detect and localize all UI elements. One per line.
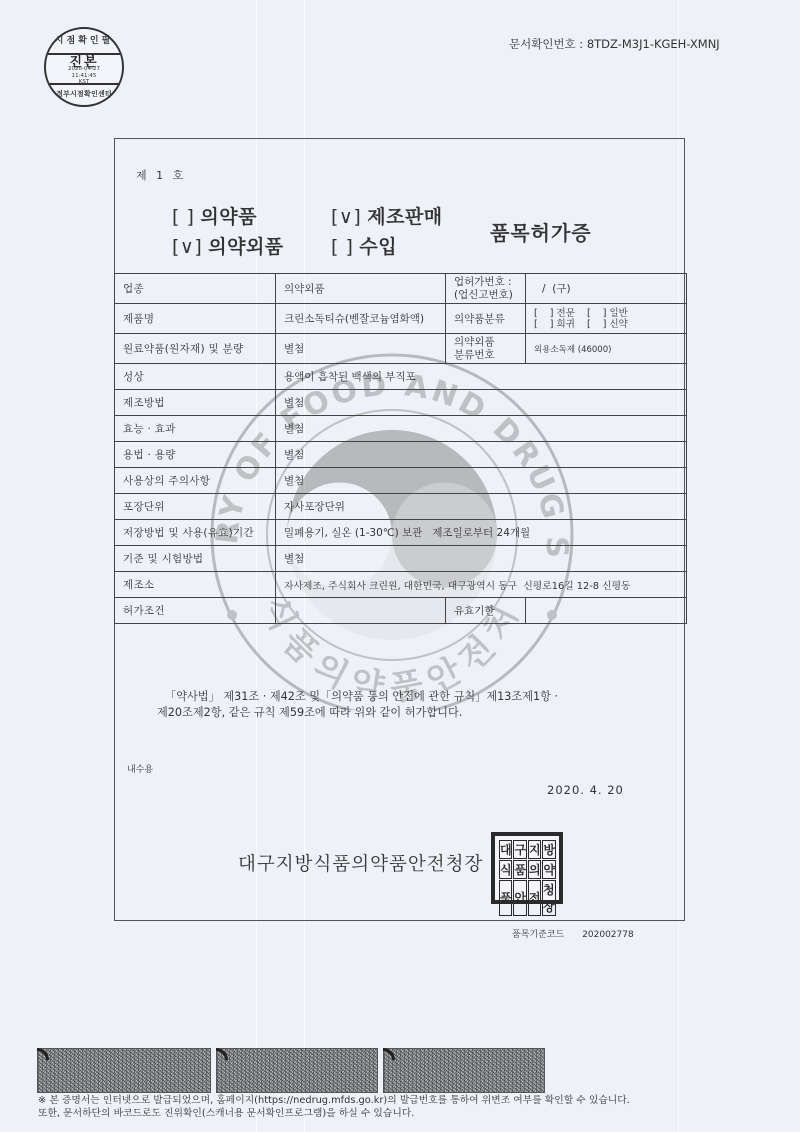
stamp-bottom-text: 정부시점확인센터 (46, 89, 122, 99)
appearance-label: 성상 (115, 364, 276, 390)
drug-class-options: [ ] 전문 [ ] 일반[ ] 희귀 [ ] 신약 (526, 304, 687, 334)
license-form: 제 1 호 [ ]의약품 [∨]제조판매 [∨]의약외품 [ ]수입 품목허가증… (114, 138, 685, 921)
checkbox-manufacture-sale: [∨] (331, 206, 361, 228)
category-manufacture-sale: [∨]제조판매 (331, 202, 443, 229)
checkbox-import: [ ] (331, 236, 353, 258)
item-code: 품목기준코드202002778 (512, 927, 634, 940)
manufacturer-label: 제조소 (115, 572, 276, 598)
drug-class-label: 의약품분류 (446, 304, 526, 334)
license-no-label: 업허가번호 : (업신고번호) (446, 274, 526, 304)
product-info-table: 업종 의약외품 업허가번호 : (업신고번호) / (구) 제품명 크린소독티슈… (114, 273, 687, 624)
manufacturer-value: 자사제조, 주식회사 크린원, 대한민국, 대구광역시 동구 신평로16길 12… (276, 572, 687, 598)
barcode-corner-icon (216, 1048, 228, 1060)
license-no-value: / (구) (526, 274, 687, 304)
packaging-unit-label: 포장단위 (115, 494, 276, 520)
conditions-value (276, 598, 446, 624)
expiry-label: 유효기한 (446, 598, 526, 624)
efficacy-label: 효능 · 효과 (115, 416, 276, 442)
table-row: 저장방법 및 사용(유효)기간밀폐용기, 실온 (1-30℃) 보관 제조일로부… (115, 520, 687, 546)
domestic-use-label: 내수용 (127, 762, 153, 775)
approval-statement: 「약사법」 제31조 · 제42조 및「의약품 등의 안전에 관한 규칙」제13… (157, 689, 558, 721)
conditions-label: 허가조건 (115, 598, 276, 624)
verification-stamp: 시점확인필 진본 2020-04-27 11:41:45 KST 정부시점확인센… (44, 27, 124, 107)
table-row: 제조방법별첨 (115, 390, 687, 416)
table-row: 원료약품(원자재) 및 분량 별첨 의약외품 분류번호 외용소독제 (46000… (115, 334, 687, 364)
manufacturing-method-value: 별첨 (276, 390, 687, 416)
authenticity-notice: ※ 본 증명서는 인터넷으로 발급되었으며, 홈페이지(https://nedr… (38, 1094, 630, 1120)
product-name-value: 크린소독티슈(벤잘코늄염화액) (276, 304, 446, 334)
category-import: [ ]수입 (331, 232, 397, 259)
official-seal-icon: 대 구 지 방 식 품 의 약 품 안 전 청장 (491, 832, 563, 904)
category-quasi-drug: [∨]의약외품 (172, 232, 284, 259)
table-row: 제품명 크린소독티슈(벤잘코늄염화액) 의약품분류 [ ] 전문 [ ] 일반[… (115, 304, 687, 334)
table-row: 허가조건 유효기한 (115, 598, 687, 624)
document-number: 문서확인번호 : 8TDZ-M3J1-KGEH-XMNJ (509, 36, 720, 52)
precautions-label: 사용상의 주의사항 (115, 468, 276, 494)
efficacy-value: 별첨 (276, 416, 687, 442)
precautions-value: 별첨 (276, 468, 687, 494)
manufacturing-method-label: 제조방법 (115, 390, 276, 416)
document-number-label: 문서확인번호 : (509, 37, 583, 51)
table-row: 용법 · 용량별첨 (115, 442, 687, 468)
table-row: 기준 및 시험방법별첨 (115, 546, 687, 572)
business-type-value: 의약외품 (276, 274, 446, 304)
form-number: 제 1 호 (136, 167, 186, 183)
test-method-value: 별첨 (276, 546, 687, 572)
ingredients-label: 원료약품(원자재) 및 분량 (115, 334, 276, 364)
verification-barcode-2 (216, 1048, 378, 1093)
storage-label: 저장방법 및 사용(유효)기간 (115, 520, 276, 546)
stamp-top-text: 시점확인필 (46, 33, 122, 46)
packaging-unit-value: 자사포장단위 (276, 494, 687, 520)
category-drug: [ ]의약품 (172, 202, 257, 229)
verification-barcode-1 (37, 1048, 211, 1093)
product-name-label: 제품명 (115, 304, 276, 334)
table-row: 성상용액이 흡착된 백색의 부직포 (115, 364, 687, 390)
expiry-value (526, 598, 687, 624)
barcode-corner-icon (383, 1048, 395, 1060)
quasi-drug-class-label: 의약외품 분류번호 (446, 334, 526, 364)
storage-value: 밀폐용기, 실온 (1-30℃) 보관 제조일로부터 24개월 (276, 520, 687, 546)
checkbox-drug: [ ] (172, 206, 194, 228)
table-row: 업종 의약외품 업허가번호 : (업신고번호) / (구) (115, 274, 687, 304)
table-row: 포장단위자사포장단위 (115, 494, 687, 520)
item-code-value: 202002778 (582, 930, 634, 940)
barcode-corner-icon (37, 1048, 49, 1060)
document-number-value: 8TDZ-M3J1-KGEH-XMNJ (587, 37, 720, 51)
issue-date: 2020. 4. 20 (547, 783, 624, 797)
quasi-drug-class-value: 외용소독제 (46000) (526, 334, 687, 364)
test-method-label: 기준 및 시험방법 (115, 546, 276, 572)
ingredients-value: 별첨 (276, 334, 446, 364)
certificate-title: 품목허가증 (490, 217, 592, 246)
table-row: 효능 · 효과별첨 (115, 416, 687, 442)
issuer-name: 대구지방식품의약품안전청장 (238, 850, 483, 876)
table-row: 제조소자사제조, 주식회사 크린원, 대한민국, 대구광역시 동구 신평로16길… (115, 572, 687, 598)
table-row: 사용상의 주의사항별첨 (115, 468, 687, 494)
checkbox-quasi-drug: [∨] (172, 236, 202, 258)
dosage-label: 용법 · 용량 (115, 442, 276, 468)
item-code-label: 품목기준코드 (512, 930, 564, 940)
dosage-value: 별첨 (276, 442, 687, 468)
verification-barcode-3 (383, 1048, 545, 1093)
business-type-label: 업종 (115, 274, 276, 304)
appearance-value: 용액이 흡착된 백색의 부직포 (276, 364, 687, 390)
